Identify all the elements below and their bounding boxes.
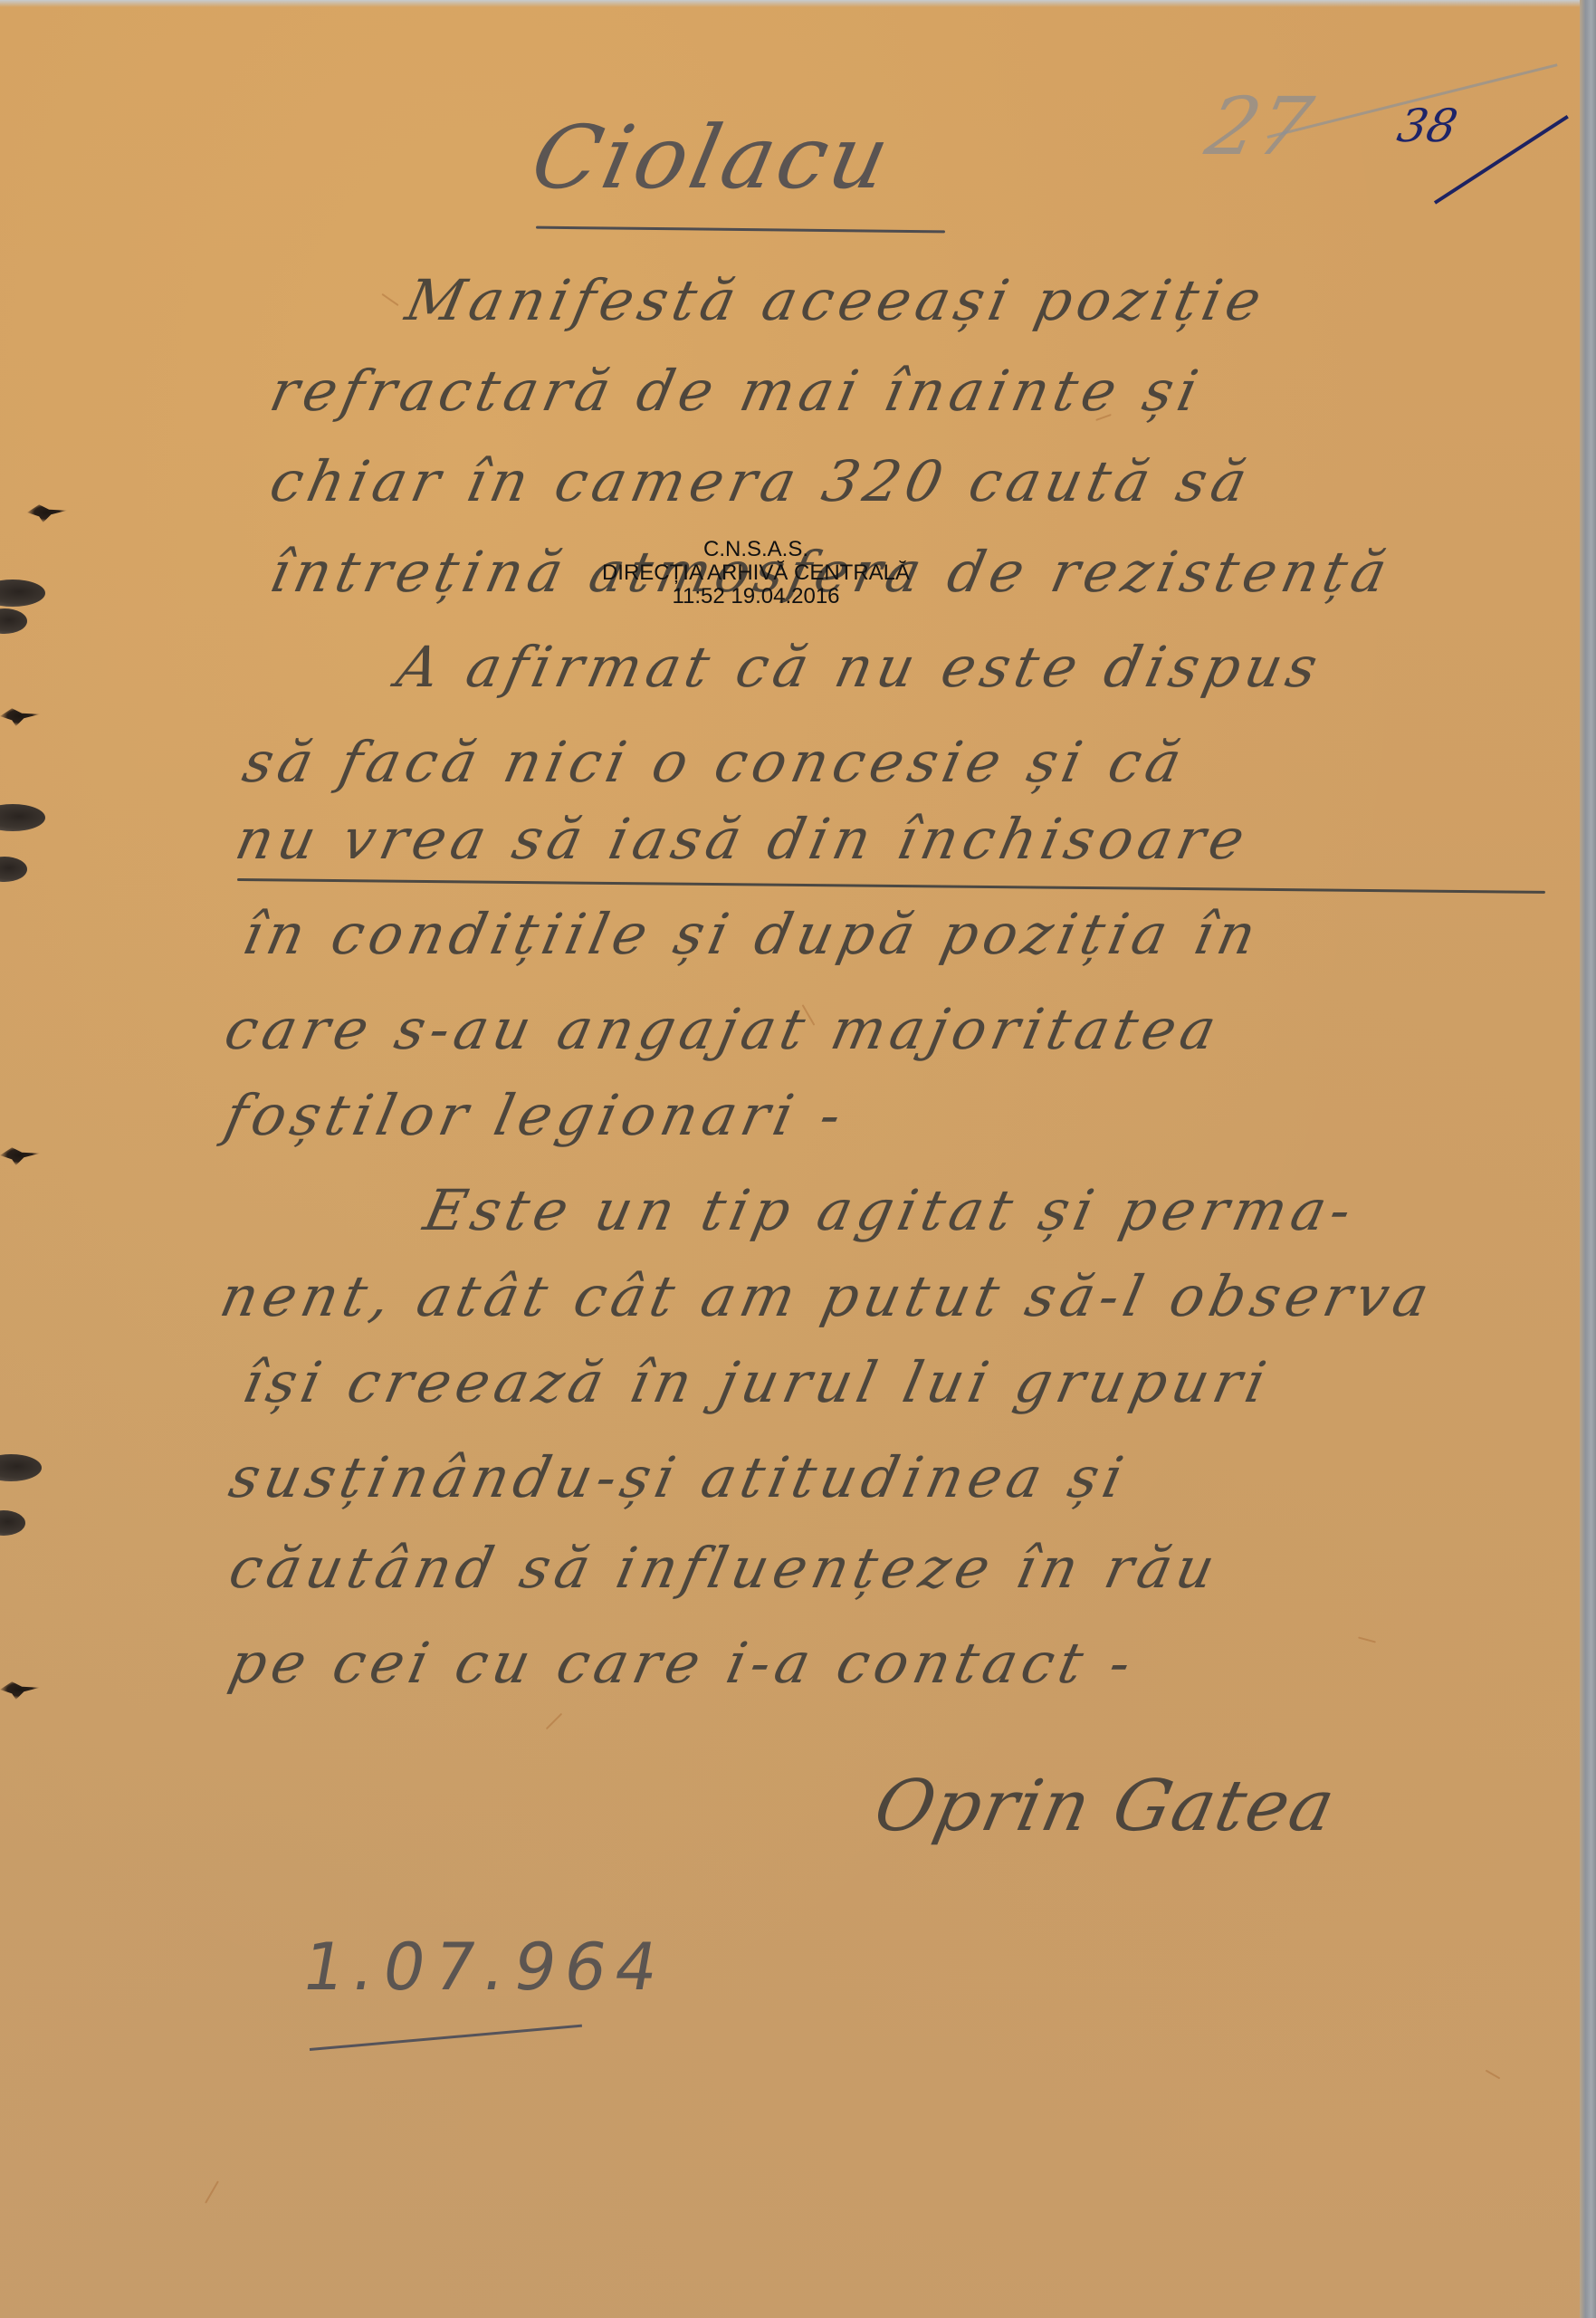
archive-watermark-stamp: C.N.S.A.S. DIRECȚIA ARHIVĂ CENTRALĂ 11:5… xyxy=(579,538,932,608)
scan-top-edge xyxy=(0,0,1580,7)
paper-fiber xyxy=(205,2180,219,2203)
handwritten-line: își creează în jurul lui grupuri xyxy=(237,1349,1276,1415)
handwritten-signature: Oprin Gatea xyxy=(867,1766,1343,1847)
torn-punch-hole xyxy=(27,503,67,522)
handwritten-line: susținându-și atitudinea și xyxy=(224,1444,1134,1510)
handwritten-line: Este un tip agitat și perma- xyxy=(418,1177,1362,1243)
paper-fiber xyxy=(1486,2070,1501,2080)
folio-number-ink: 38 xyxy=(1393,100,1462,152)
paper-fiber xyxy=(381,293,398,306)
handwritten-line: A afirmat că nu este dispus xyxy=(391,634,1328,700)
title-underline xyxy=(536,226,945,234)
handwritten-line: refractară de mai înainte și xyxy=(264,358,1209,424)
handwritten-line: Manifestă aceeași poziție xyxy=(400,267,1272,333)
stamp-timestamp: 11:52 19.04.2016 xyxy=(579,585,932,608)
date-underline xyxy=(310,2025,582,2051)
torn-punch-hole xyxy=(0,1145,40,1165)
binder-hole xyxy=(0,857,27,882)
stamp-department: DIRECȚIA ARHIVĂ CENTRALĂ xyxy=(579,561,932,585)
torn-punch-hole xyxy=(0,1680,40,1700)
stamp-institution: C.N.S.A.S. xyxy=(579,538,932,561)
handwritten-date: 1.07.964 xyxy=(297,1929,673,2005)
scanned-document-page: Ciolacu 27 38 Manifestă aceeași poziție … xyxy=(0,0,1580,2318)
torn-punch-hole xyxy=(0,706,40,726)
paper-fiber xyxy=(546,1713,562,1729)
scanner-bed-edge xyxy=(1580,0,1596,2318)
binder-hole xyxy=(0,579,45,607)
handwritten-line: care s-au angajat majoritatea xyxy=(219,996,1227,1062)
binder-hole xyxy=(0,1510,25,1536)
paper-fiber xyxy=(1358,1636,1376,1643)
binder-hole xyxy=(0,804,45,831)
handwritten-line: nent, atât cât am putut să-l observa xyxy=(215,1263,1439,1329)
handwritten-line: chiar în camera 320 caută să xyxy=(264,448,1257,514)
document-title-handwritten: Ciolacu xyxy=(523,107,901,208)
binder-hole xyxy=(0,608,27,634)
handwritten-line: căutând să influențeze în rău xyxy=(224,1535,1226,1601)
handwritten-line: să facă nici o concesie și că xyxy=(237,729,1192,795)
handwritten-line: în condițiile și după poziția în xyxy=(237,901,1266,967)
handwritten-line: foștilor legionari - xyxy=(219,1082,852,1148)
handwritten-line: pe cei cu care i-a contact - xyxy=(224,1630,1142,1696)
text-underline xyxy=(237,878,1545,894)
handwritten-line-underlined: nu vrea să iasă din închisoare xyxy=(230,806,1256,872)
binder-hole xyxy=(0,1454,42,1481)
